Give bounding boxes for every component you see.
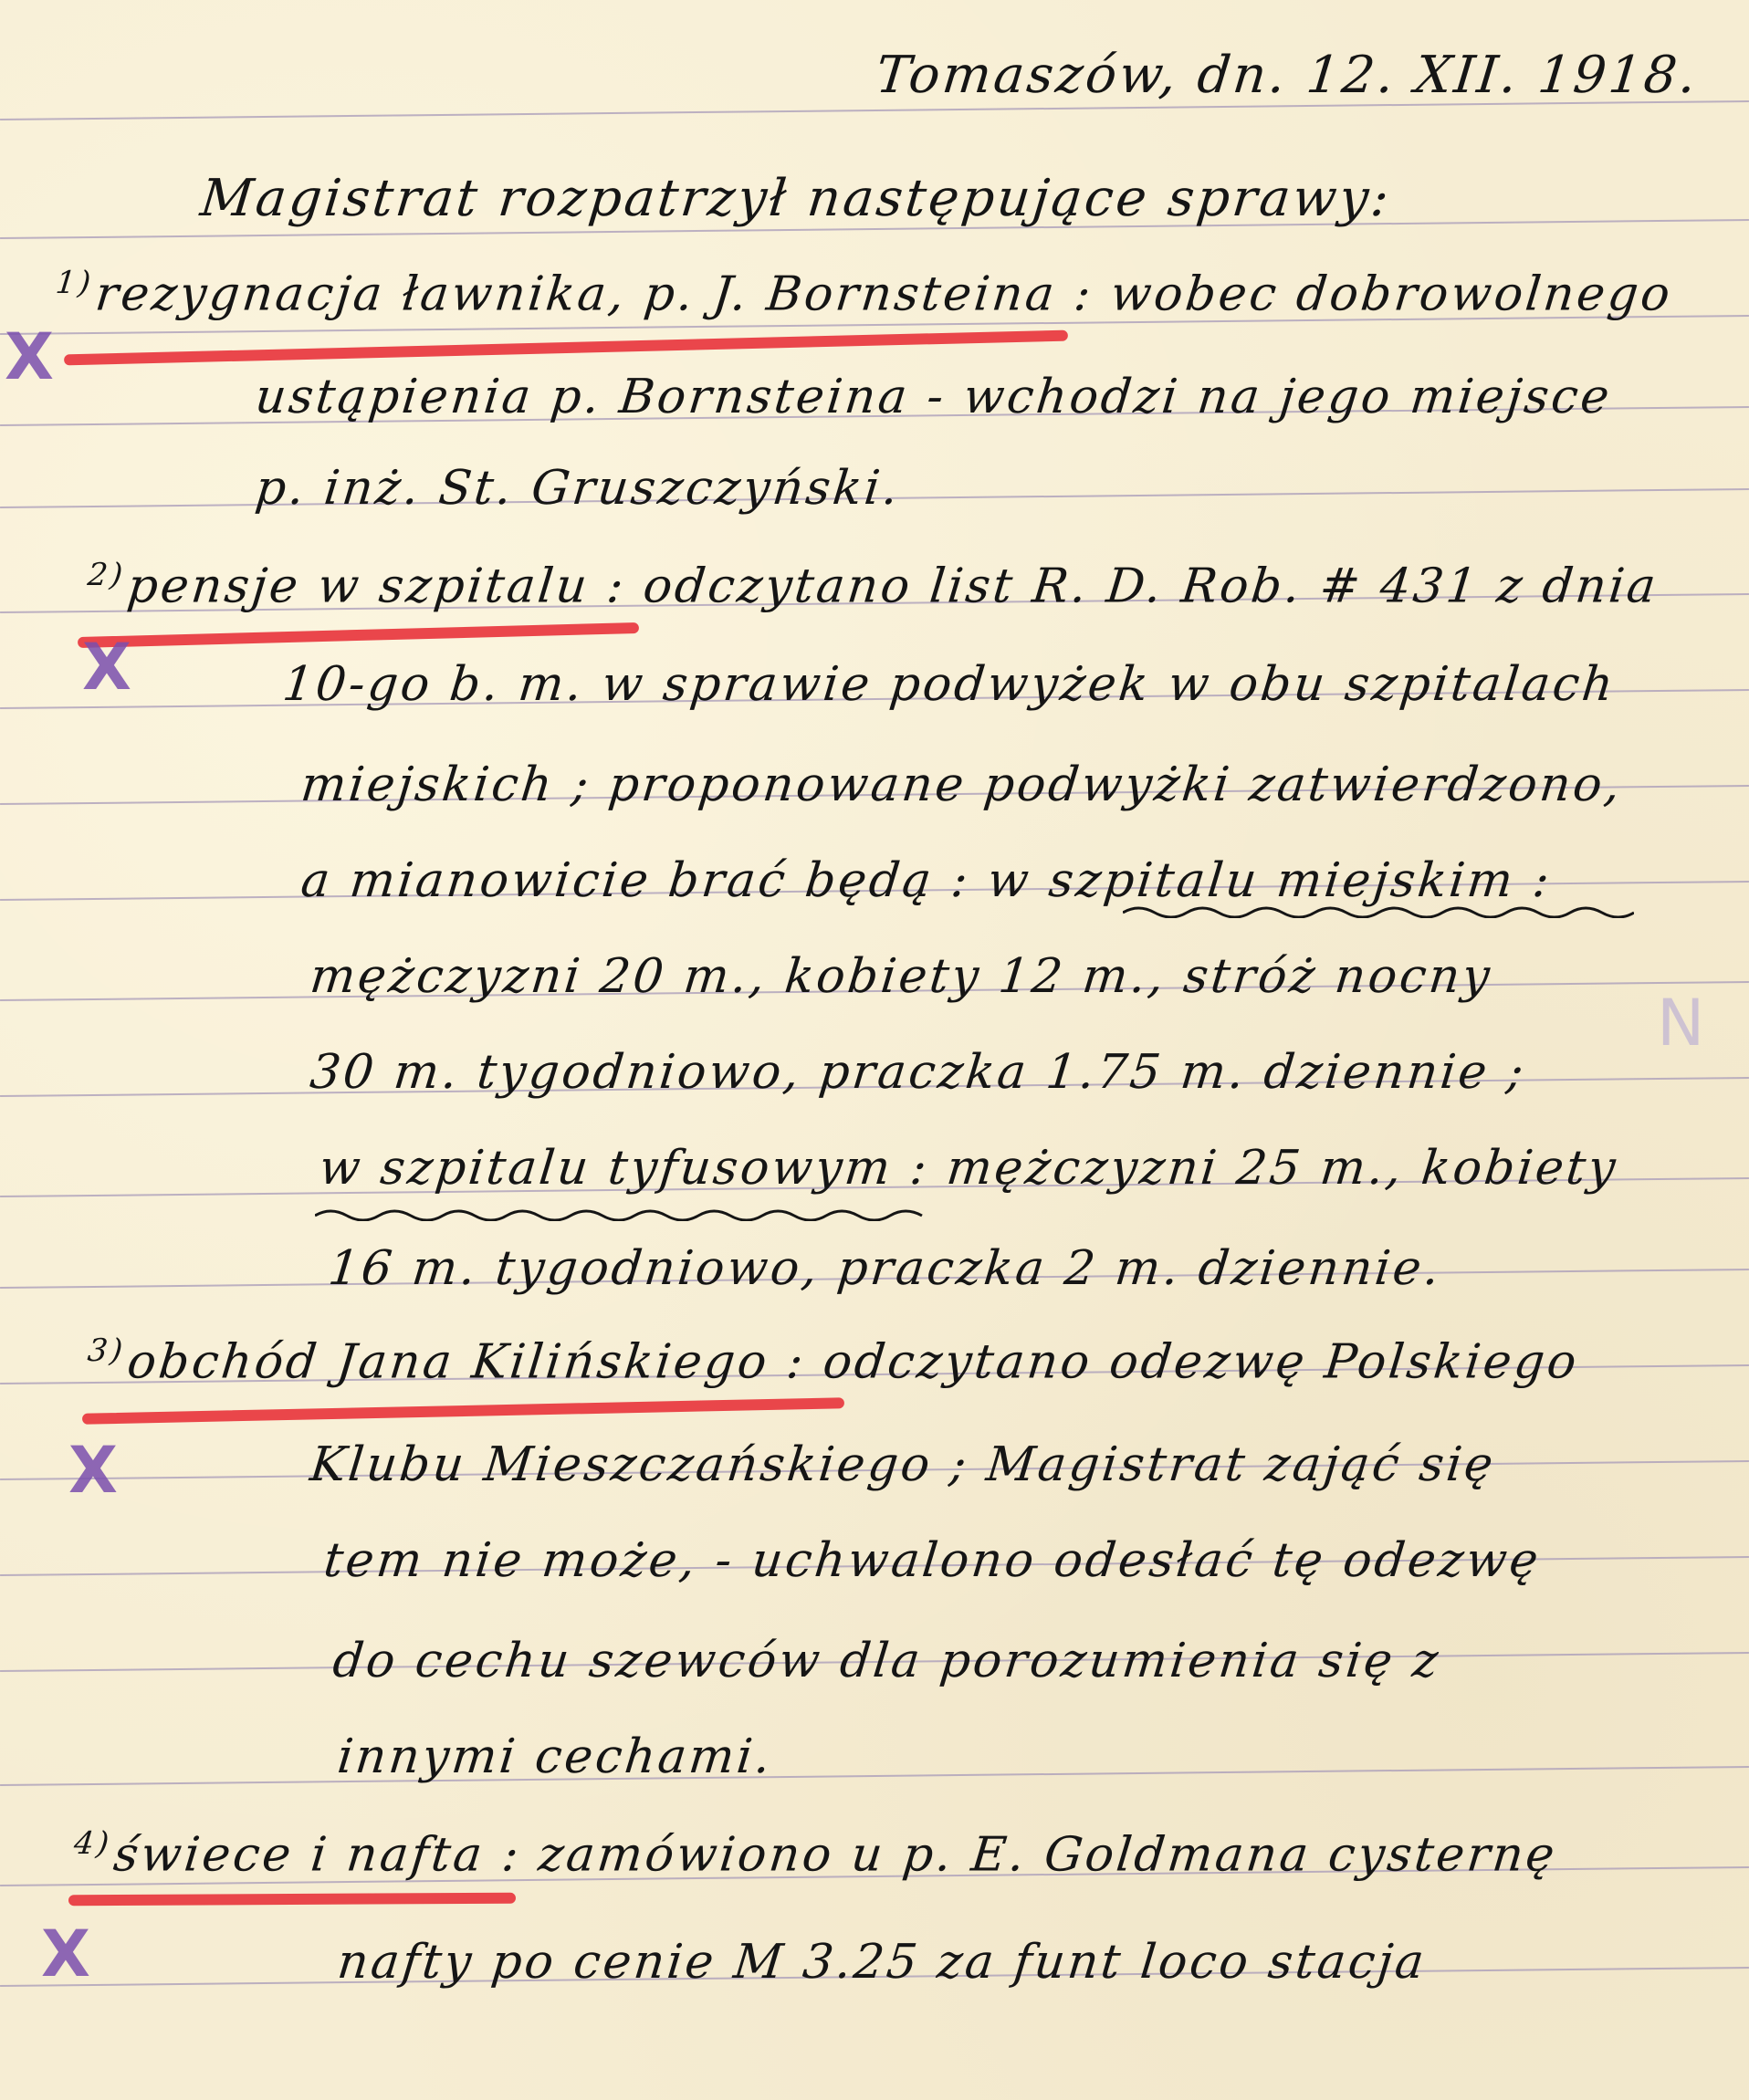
item-1-line-3: p. inż. St. Gruszczyński. xyxy=(253,461,904,516)
item-2-line-3: miejskich ; proponowane podwyżki zatwier… xyxy=(298,757,1626,812)
manuscript-page: Tomaszów, dn. 12. XII. 1918. Magistrat r… xyxy=(0,0,1749,2100)
item-4-line-2: nafty po cenie M 3.25 za funt loco stacj… xyxy=(335,1935,1430,1990)
item-1-line-1: 1)rezygnacja ławnika, p. J. Bornsteina :… xyxy=(52,265,1676,321)
item-3-line-3: tem nie może, - uchwalono odesłać tę ode… xyxy=(321,1533,1544,1588)
item-4-red-underline xyxy=(68,1893,516,1907)
item-2-red-underline xyxy=(78,622,639,648)
item-1-margin-check-mark: X xyxy=(5,319,54,394)
item-2-line-7: w szpitalu tyfusowym : mężczyzni 25 m., … xyxy=(317,1141,1620,1196)
item-2-margin-check-mark: X xyxy=(82,630,131,705)
item-3-line-1: 3)obchód Jana Kilińskiego : odczytano od… xyxy=(84,1332,1582,1389)
item-2-number: 2) xyxy=(86,557,127,593)
item-3-line-5: innymi cechami. xyxy=(335,1729,776,1784)
item-1-red-underline xyxy=(64,330,1068,366)
item-3-number: 3) xyxy=(86,1332,127,1369)
place-date-heading: Tomaszów, dn. 12. XII. 1918. xyxy=(874,46,1702,105)
item-3-line-4: do cechu szewców dla porozumienia się z xyxy=(330,1634,1443,1688)
item-2-line-5: mężczyzni 20 m., kobiety 12 m., stróż no… xyxy=(308,949,1495,1004)
item-1-number: 1) xyxy=(54,265,95,301)
item-2-line-2: 10-go b. m. w sprawie podwyżek w obu szp… xyxy=(280,657,1618,712)
item-4-margin-check-mark: X xyxy=(41,1917,90,1991)
item-4-number: 4) xyxy=(72,1825,113,1862)
wavy-underline-szpital-tyfusowy xyxy=(315,1207,936,1221)
item-2-line-8: 16 m. tygodniowo, praczka 2 m. dziennie. xyxy=(326,1241,1445,1296)
intro-heading: Magistrat rozpatrzył następujące sprawy: xyxy=(198,169,1395,228)
item-1-line-2: ustąpienia p. Bornsteina - wchodzi na je… xyxy=(253,370,1615,424)
item-3-red-underline xyxy=(82,1397,844,1424)
item-2-line-4: a mianowicie brać będą : w szpitalu miej… xyxy=(298,853,1555,908)
item-2-line-6: 30 m. tygodniowo, praczka 1.75 m. dzienn… xyxy=(308,1045,1529,1100)
faint-margin-mark: N xyxy=(1657,986,1704,1060)
item-4-line-1: 4)świece i nafta : zamówiono u p. E. Gol… xyxy=(70,1825,1560,1882)
ruled-line xyxy=(0,1766,1749,1786)
wavy-underline-szpital-miejski xyxy=(1123,904,1634,918)
item-3-margin-check-mark: X xyxy=(68,1433,118,1508)
item-3-line-2: Klubu Mieszczańskiego ; Magistrat zająć … xyxy=(308,1437,1498,1492)
item-2-line-1: 2)pensje w szpitalu : odczytano list R. … xyxy=(84,557,1661,613)
